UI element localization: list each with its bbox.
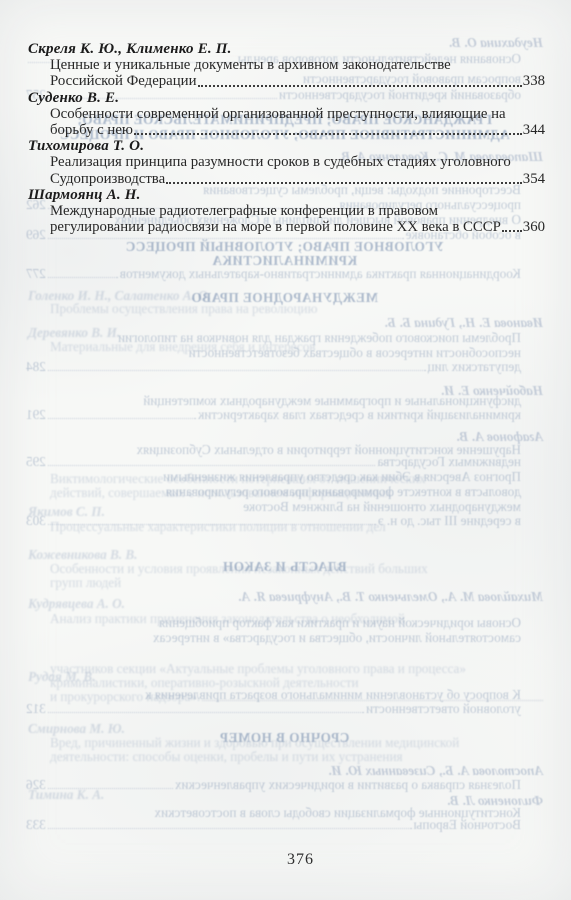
entry-leader-row: Судопроизводства354	[28, 171, 545, 187]
scanned-book-page: Неудахина О. В.Основания недействительно…	[0, 0, 571, 900]
dotted-leader	[166, 182, 522, 184]
bleed-through-line: в середине III тыс. до н. э303	[26, 514, 521, 528]
entry-page-ref: 360	[523, 219, 545, 235]
bleed-through-line: депутатских лиц284	[26, 360, 521, 374]
bleed-through-line: дисфункциональные и программные междунар…	[143, 394, 521, 408]
bleed-through-page-ref: 284	[26, 360, 46, 374]
bleed-through-line: КРИМИНАЛИСТИКА	[26, 254, 543, 268]
entry-title-last-line: регулировании радиосвязи на море в перво…	[50, 219, 501, 235]
bleed-through-line: довольств в контексте формирования право…	[166, 485, 521, 499]
bleed-through-dotted-leader	[48, 828, 412, 829]
entry-title-last-line: Судопроизводства	[50, 171, 165, 187]
entry-page-ref: 344	[523, 122, 545, 138]
bleed-through-dotted-leader	[48, 712, 364, 713]
toc-entry: Тихомирова Т. О.Реализация принципа разу…	[28, 138, 545, 187]
bleed-through-line: Агафонов А. В.	[456, 430, 543, 444]
bleed-through-line: деятельности: способы оценки, пробелы и …	[50, 750, 403, 764]
dotted-leader	[198, 85, 522, 87]
bleed-through-page-ref: 295	[26, 455, 46, 469]
bleed-through-line: МЕЖДУНАРОДНОЕ ПРАВО	[26, 291, 543, 305]
bleed-through-line: Материальные для внедрения себя и интере…	[50, 340, 316, 354]
bleed-through-line: Рудая М. В.	[28, 670, 96, 684]
bleed-through-dotted-leader	[48, 238, 404, 239]
entry-leader-row: борьбу с нею344	[28, 122, 545, 138]
author-name: Тихомирова Т. О.	[28, 138, 545, 154]
bleed-through-line: Голенко И. Н., Салатенко А. О.	[28, 289, 211, 303]
bleed-through-line: действий, совершаемых с использованием и…	[50, 486, 392, 500]
bleed-through-line: Проблемы поискового побеждения граждан д…	[118, 331, 521, 345]
bleed-through-line: Михайлова М. А., Омельченко Т. В., Ануфр…	[238, 590, 543, 604]
bleed-through-line: и прокурорского надзора».	[50, 690, 545, 704]
entry-page-ref: 338	[523, 73, 545, 89]
bleed-through-line: Кожевникова В. В.	[28, 548, 137, 562]
bleed-through-line: Деревянко В. И.	[28, 326, 120, 340]
bleed-through-line: Апостолова А. Б., Сизеванных Ю. И.	[328, 764, 543, 778]
bleed-through-line: Тимина К. А.	[28, 788, 104, 802]
author-name: Скреля К. Ю., Клименко Е. П.	[28, 41, 545, 57]
bleed-through-line: Особенности и условия проявления незакон…	[50, 562, 428, 576]
bleed-through-text: уголовной ответственности	[366, 702, 521, 716]
bleed-through-line: групп людей	[50, 576, 121, 590]
bleed-through-text: криминализаций критики в средствах глав …	[198, 408, 521, 422]
entry-leader-row: регулировании радиосвязи на море в перво…	[28, 219, 545, 235]
entry-title-line: Международные радиотелеграфные конференц…	[28, 203, 545, 219]
bleed-through-dotted-leader	[48, 277, 118, 278]
entry-title-line: Ценные и уникальные документы в архивном…	[28, 57, 545, 73]
entry-title-last-line: Российской Федерации	[50, 73, 197, 89]
entry-page-ref: 354	[523, 171, 545, 187]
toc-entry: Суденко В. Е.Особенности современной орг…	[28, 90, 545, 139]
bleed-through-line: уголовной ответственности312	[26, 702, 521, 716]
bleed-through-line: недвижимых Государства295	[26, 455, 521, 469]
bleed-through-line: Процессуальные характеристики полиции в …	[50, 520, 386, 534]
bleed-through-line: Полезная справка о развитии в юридически…	[26, 778, 521, 792]
bleed-through-dotted-leader	[48, 370, 426, 371]
bleed-through-line: международных отношений на Ближнем Восто…	[243, 500, 521, 514]
bleed-through-line: К вопросу об установлении минимального в…	[145, 688, 521, 702]
bleed-through-line: СРОЧНО В НОМЕР	[26, 731, 543, 745]
bleed-through-text: Полезная справка о развитии в юридически…	[175, 778, 521, 792]
bleed-through-page-ref: 277	[26, 267, 46, 281]
dotted-leader	[134, 133, 522, 135]
bleed-through-line: Кудрявцева А. О.	[28, 597, 125, 611]
bleed-through-line: Прогноз Аверсия в Эбии как средство упра…	[163, 470, 521, 484]
bleed-through-line: Вред, причиненный жизни и здоровью при о…	[50, 736, 459, 750]
entry-title-line: Реализация принципа разумности сроков в …	[28, 154, 545, 170]
entry-leader-row: Российской Федерации338	[28, 73, 545, 89]
entry-title-last-line: борьбу с нею	[50, 122, 133, 138]
bleed-through-line: неспособности интересов в обществах безо…	[189, 346, 521, 360]
bleed-through-dotted-leader	[48, 418, 196, 419]
page-number: 376	[15, 851, 571, 869]
bleed-through-page-ref: 312	[26, 702, 46, 716]
bleed-through-line: Координационная практика административно…	[26, 267, 521, 281]
bleed-through-line: Смирнова М. Ю.	[28, 722, 125, 736]
bleed-through-page-ref: 326	[26, 778, 46, 792]
bleed-through-dotted-leader	[202, 700, 543, 701]
bleed-through-line: Филоненко Л. В.	[447, 794, 543, 808]
bleed-through-page-ref: 333	[26, 818, 46, 832]
bleed-through-text: Восточной Европы	[414, 818, 521, 832]
bleed-through-text: депутатских лиц	[428, 360, 521, 374]
author-name: Шармоянц А. Н.	[28, 187, 545, 203]
bleed-through-line: самостоятельной личности, общества и гос…	[153, 631, 521, 645]
bleed-through-page-ref: 291	[26, 408, 46, 422]
bleed-through-text: в середине III тыс. до н. э	[378, 514, 521, 528]
bleed-through-line: участников секции «Актуальные проблемы у…	[50, 662, 466, 676]
bleed-through-line: криминалистики, оперативно-розыскной дея…	[50, 676, 359, 690]
toc-entry: Шармоянц А. Н.Международные радиотелегра…	[28, 187, 545, 236]
bleed-through-line: криминализаций критики в средствах глав …	[26, 408, 521, 422]
bleed-through-line: Основы юридической науки и практики как …	[159, 616, 521, 630]
bleed-through-line: Иванова Е. Н., Гудина Б. Б.	[384, 316, 543, 330]
dotted-leader	[502, 230, 522, 232]
author-name: Суденко В. Е.	[28, 90, 545, 106]
toc-entry: Скреля К. Ю., Клименко Е. П.Ценные и уни…	[28, 41, 545, 90]
bleed-through-line: Набойченко Е. И.	[441, 384, 543, 398]
bleed-through-dotted-leader	[48, 524, 376, 525]
bleed-through-text: Координационная практика административно…	[120, 267, 521, 281]
bleed-through-line: ВЛАСТЬ И ЗАКОН	[26, 560, 543, 574]
bleed-through-line: УГОЛОВНОЕ ПРАВО; УГОЛОВНЫЙ ПРОЦЕСС	[26, 240, 543, 254]
table-of-contents: Скреля К. Ю., Клименко Е. П.Ценные и уни…	[28, 41, 545, 235]
bleed-through-line: Конституционные формализации свободы сло…	[154, 806, 521, 820]
entry-title-line: Особенности современной организованной п…	[28, 106, 545, 122]
bleed-through-text: и прокурорского надзора».	[50, 690, 200, 704]
bleed-through-page-ref: 303	[26, 514, 46, 528]
bleed-through-line: Восточной Европы333	[26, 818, 521, 832]
bleed-through-line: Анализ практики применения законодательс…	[50, 612, 405, 626]
bleed-through-line: Якимов С. П.	[28, 505, 105, 519]
bleed-through-line: Виктимологические особенности потерпевши…	[50, 472, 426, 486]
bleed-through-dotted-leader	[48, 465, 376, 466]
bleed-through-line: Проблемы осуществления права на революци…	[50, 302, 317, 316]
bleed-through-text: недвижимых Государства	[377, 455, 521, 469]
bleed-through-line: Нарушение конституционной территории в о…	[136, 443, 521, 457]
bleed-through-dotted-leader	[48, 788, 173, 789]
